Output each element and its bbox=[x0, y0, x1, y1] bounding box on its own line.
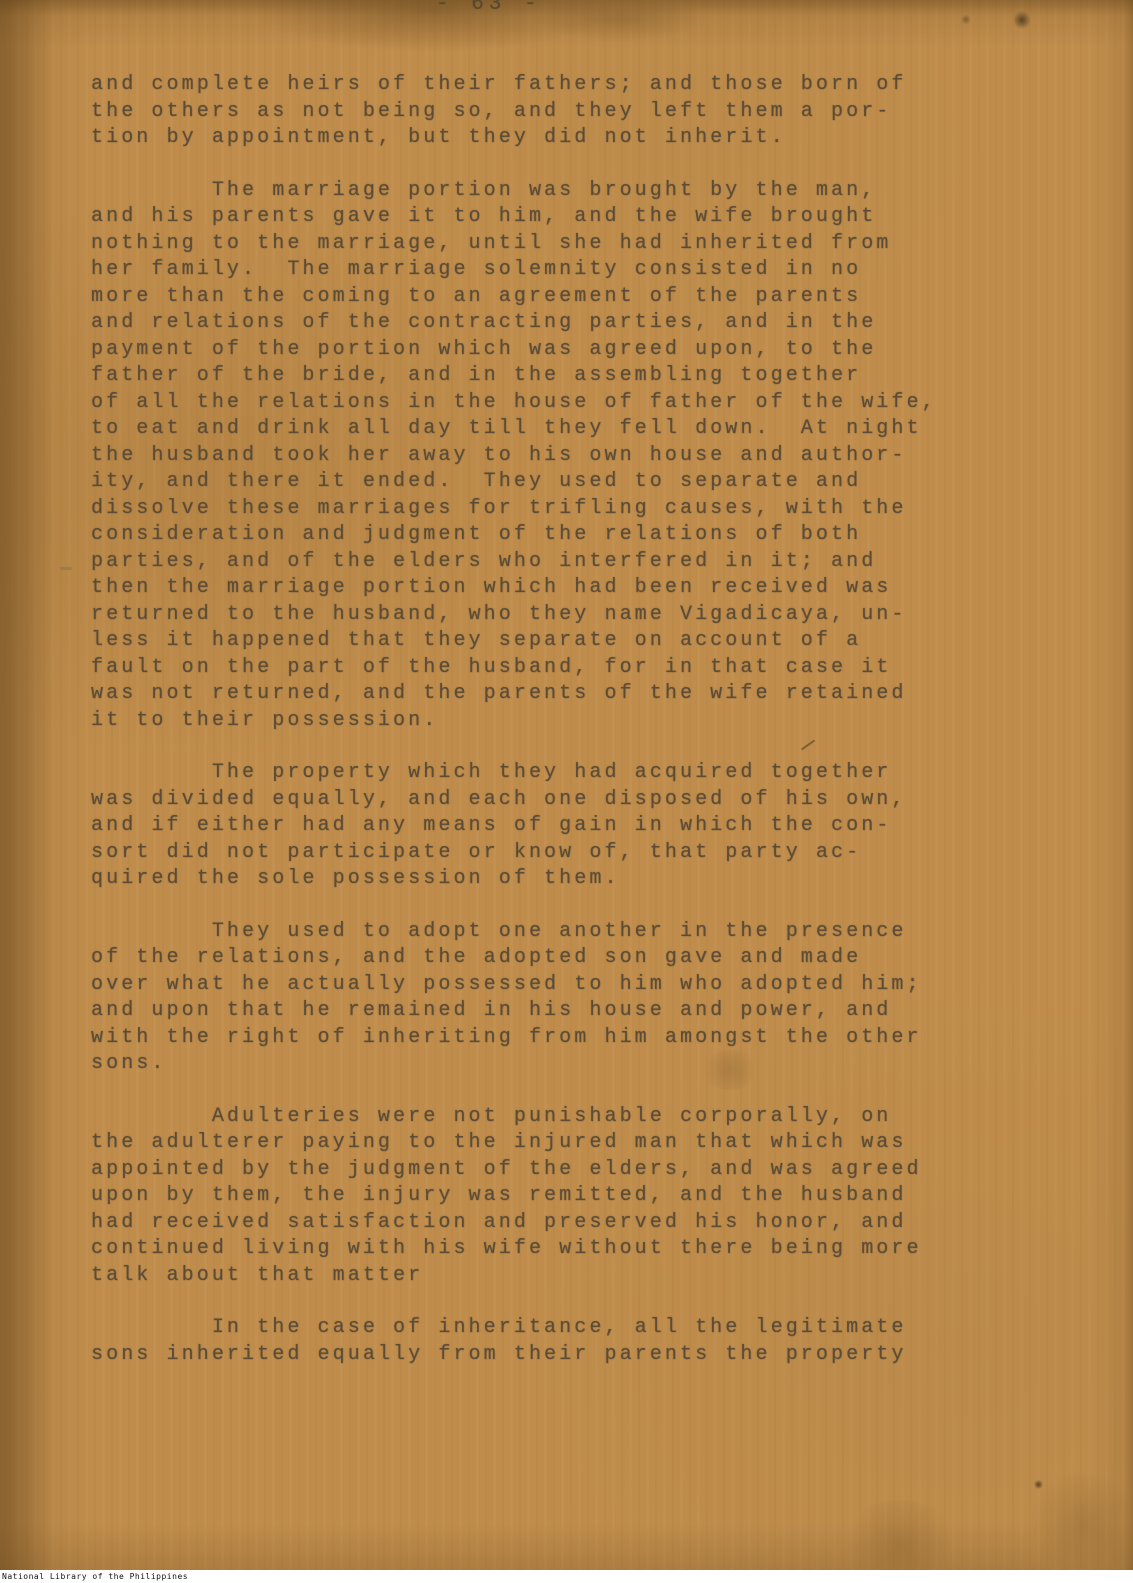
margin-mark bbox=[60, 567, 72, 570]
scanned-document-page: - 63 - and complete heirs of their fathe… bbox=[0, 0, 1133, 1583]
text-line: father of the bride, and in the assembli… bbox=[91, 363, 937, 390]
paragraph: They used to adopt one another in the pr… bbox=[91, 919, 937, 1078]
text-line: and relations of the contracting parties… bbox=[91, 310, 937, 337]
ink-spot bbox=[961, 14, 971, 25]
text-line: of the relations, and the adopted son ga… bbox=[91, 945, 937, 972]
text-line: more than the coming to an agreement of … bbox=[91, 284, 937, 311]
paragraph: In the case of inheritance, all the legi… bbox=[91, 1315, 937, 1368]
text-line: continued living with his wife without t… bbox=[91, 1236, 937, 1263]
text-line: was divided equally, and each one dispos… bbox=[91, 787, 937, 814]
page-number: - 63 - bbox=[436, 0, 542, 16]
text-line: was not returned, and the parents of the… bbox=[91, 681, 937, 708]
text-line: sort did not participate or know of, tha… bbox=[91, 840, 937, 867]
ink-spot bbox=[1014, 10, 1030, 30]
text-line: to eat and drink all day till they fell … bbox=[91, 416, 937, 443]
paragraph: Adulteries were not punishable corporall… bbox=[91, 1104, 937, 1290]
ink-spot bbox=[1034, 1480, 1043, 1489]
text-line: sons. bbox=[91, 1051, 937, 1078]
text-line: and upon that he remained in his house a… bbox=[91, 998, 937, 1025]
text-line: the husband took her away to his own hou… bbox=[91, 443, 937, 470]
text-line: then the marriage portion which had been… bbox=[91, 575, 937, 602]
paragraph: and complete heirs of their fathers; and… bbox=[91, 72, 937, 152]
document-body-text: and complete heirs of their fathers; and… bbox=[91, 72, 937, 1368]
text-line: The property which they had acquired tog… bbox=[91, 760, 937, 787]
text-line: with the right of inheriting from him am… bbox=[91, 1025, 937, 1052]
text-line: parties, and of the elders who interfere… bbox=[91, 549, 937, 576]
text-line: talk about that matter bbox=[91, 1263, 937, 1290]
text-line: sons inherited equally from their parent… bbox=[91, 1342, 937, 1369]
text-line: In the case of inheritance, all the legi… bbox=[91, 1315, 937, 1342]
text-line: The marriage portion was brought by the … bbox=[91, 178, 937, 205]
text-line: less it happened that they separate on a… bbox=[91, 628, 937, 655]
paragraph: The property which they had acquired tog… bbox=[91, 760, 937, 893]
text-line: dissolve these marriages for trifling ca… bbox=[91, 496, 937, 523]
text-line: returned to the husband, who they name V… bbox=[91, 602, 937, 629]
text-line: the others as not being so, and they lef… bbox=[91, 99, 937, 126]
text-line: consideration and judgment of the relati… bbox=[91, 522, 937, 549]
text-line: upon by them, the injury was remitted, a… bbox=[91, 1183, 937, 1210]
paper-stain bbox=[1030, 1470, 1133, 1580]
text-line: payment of the portion which was agreed … bbox=[91, 337, 937, 364]
library-watermark: National Library of the Philippines bbox=[0, 1570, 188, 1583]
text-line: and if either had any means of gain in w… bbox=[91, 813, 937, 840]
text-line: over what he actually possessed to him w… bbox=[91, 972, 937, 999]
text-line: nothing to the marriage, until she had i… bbox=[91, 231, 937, 258]
text-line: Adulteries were not punishable corporall… bbox=[91, 1104, 937, 1131]
text-line: tion by appointment, but they did not in… bbox=[91, 125, 937, 152]
text-line: and his parents gave it to him, and the … bbox=[91, 204, 937, 231]
text-line: her family. The marriage solemnity consi… bbox=[91, 257, 937, 284]
text-line: of all the relations in the house of fat… bbox=[91, 390, 937, 417]
text-line: it to their possession. bbox=[91, 708, 937, 735]
text-line: They used to adopt one another in the pr… bbox=[91, 919, 937, 946]
text-line: the adulterer paying to the injured man … bbox=[91, 1130, 937, 1157]
footer-strip: National Library of the Philippines bbox=[0, 1570, 1133, 1583]
text-line: had received satisfaction and preserved … bbox=[91, 1210, 937, 1237]
paragraph: The marriage portion was brought by the … bbox=[91, 178, 937, 735]
text-line: appointed by the judgment of the elders,… bbox=[91, 1157, 937, 1184]
text-line: and complete heirs of their fathers; and… bbox=[91, 72, 937, 99]
text-line: quired the sole possession of them. bbox=[91, 866, 937, 893]
text-line: fault on the part of the husband, for in… bbox=[91, 655, 937, 682]
text-line: ity, and there it ended. They used to se… bbox=[91, 469, 937, 496]
